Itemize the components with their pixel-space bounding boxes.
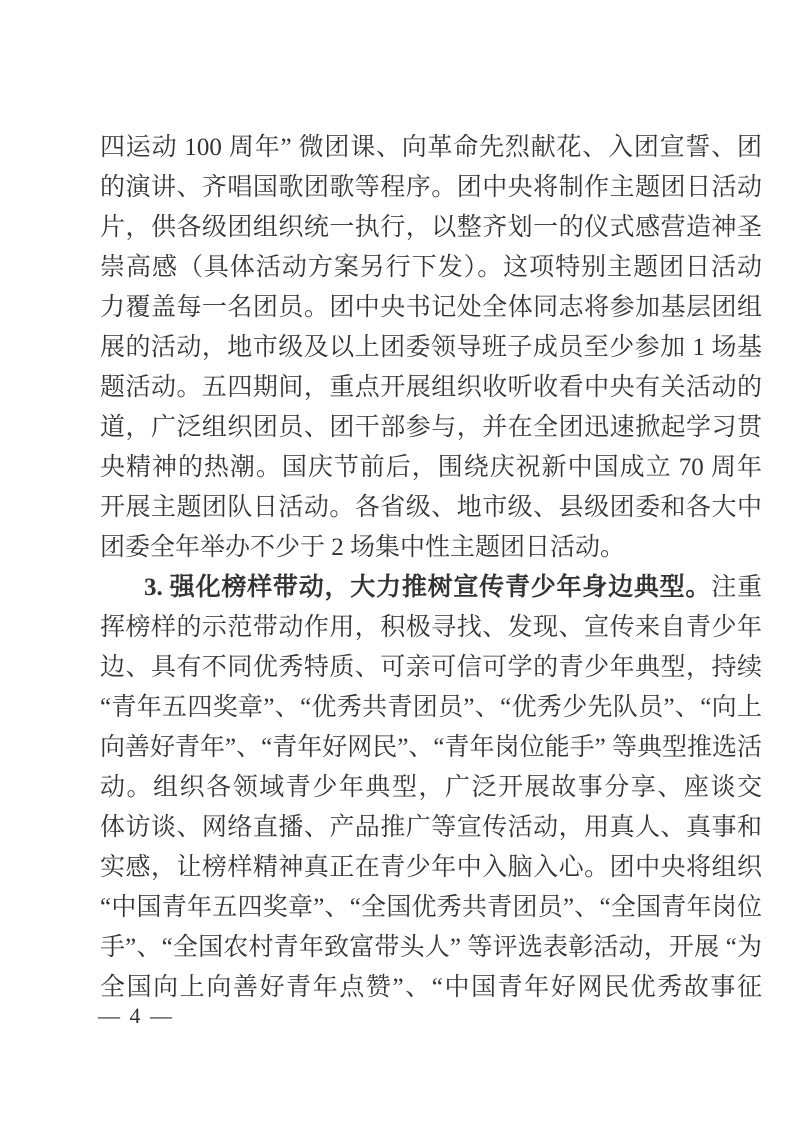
text-line: 展的活动，地市级及以上团委领导班子成员至少参加 1 场基层主 (100, 328, 762, 368)
text-line: 手”、“全国农村青年致富带头人” 等评选表彰活动，开展 “为 (100, 928, 762, 968)
text-line: 向善好青年”、“青年好网民”、“青年岗位能手” 等典型推选活 (100, 728, 762, 768)
text-line: 边、具有不同优秀特质、可亲可信可学的青少年典型，持续抓好 (100, 648, 762, 688)
text-line-numbered-heading: 3. 强化榜样带动，大力推树宣传青少年身边典型。注重发 (100, 568, 762, 608)
text-line: 挥榜样的示范带动作用，积极寻找、发现、宣传来自青少年身 (100, 608, 762, 648)
document-body: 四运动 100 周年” 微团课、向革命先烈献花、入团宣誓、团旗下 的演讲、齐唱国… (100, 128, 762, 1008)
text-line: 动。组织各领域青少年典型，广泛开展故事分享、座谈交流、媒 (100, 768, 762, 808)
text-line: 四运动 100 周年” 微团课、向革命先烈献花、入团宣誓、团旗下 (100, 128, 762, 168)
page-number: — 4 — (98, 1000, 174, 1032)
text-line: 道，广泛组织团员、团干部参与，并在全团迅速掀起学习贯彻中 (100, 408, 762, 448)
text-line: 全国向上向善好青年点赞”、“中国青年好网民优秀故事征集”、 (100, 968, 762, 1008)
text-line: 开展主题团队日活动。各省级、地市级、县级团委和各大中学校 (100, 488, 762, 528)
text-line: 实感，让榜样精神真正在青少年中入脑入心。团中央将组织举办 (100, 848, 762, 888)
text-line: 片，供各级团组织统一执行，以整齐划一的仪式感营造神圣感、 (100, 208, 762, 248)
text-line: 体访谈、网络直播、产品推广等宣传活动，用真人、真事和真情 (100, 808, 762, 848)
heading-bold-text: 3. 强化榜样带动，大力推树宣传青少年身边典型。 (144, 574, 711, 601)
text-line: “青年五四奖章”、“优秀共青团员”、“优秀少先队员”、“向上 (100, 688, 762, 728)
text-line: 的演讲、齐唱国歌团歌等程序。团中央将制作主题团日活动示范 (100, 168, 762, 208)
text-line-paragraph-end: 团委全年举办不少于 2 场集中性主题团日活动。 (100, 528, 762, 568)
text-line: 题活动。五四期间，重点开展组织收听收看中央有关活动的报 (100, 368, 762, 408)
text-line: 央精神的热潮。国庆节前后，围绕庆祝新中国成立 70 周年集中 (100, 448, 762, 488)
document-page: 四运动 100 周年” 微团课、向革命先烈献花、入团宣誓、团旗下 的演讲、齐唱国… (0, 0, 793, 1122)
text-line: 崇高感（具体活动方案另行下发）。这项特别主题团日活动要努 (100, 248, 762, 288)
text-line: “中国青年五四奖章”、“全国优秀共青团员”、“全国青年岗位能 (100, 888, 762, 928)
text-line: 力覆盖每一名团员。团中央书记处全体同志将参加基层团组织开 (100, 288, 762, 328)
